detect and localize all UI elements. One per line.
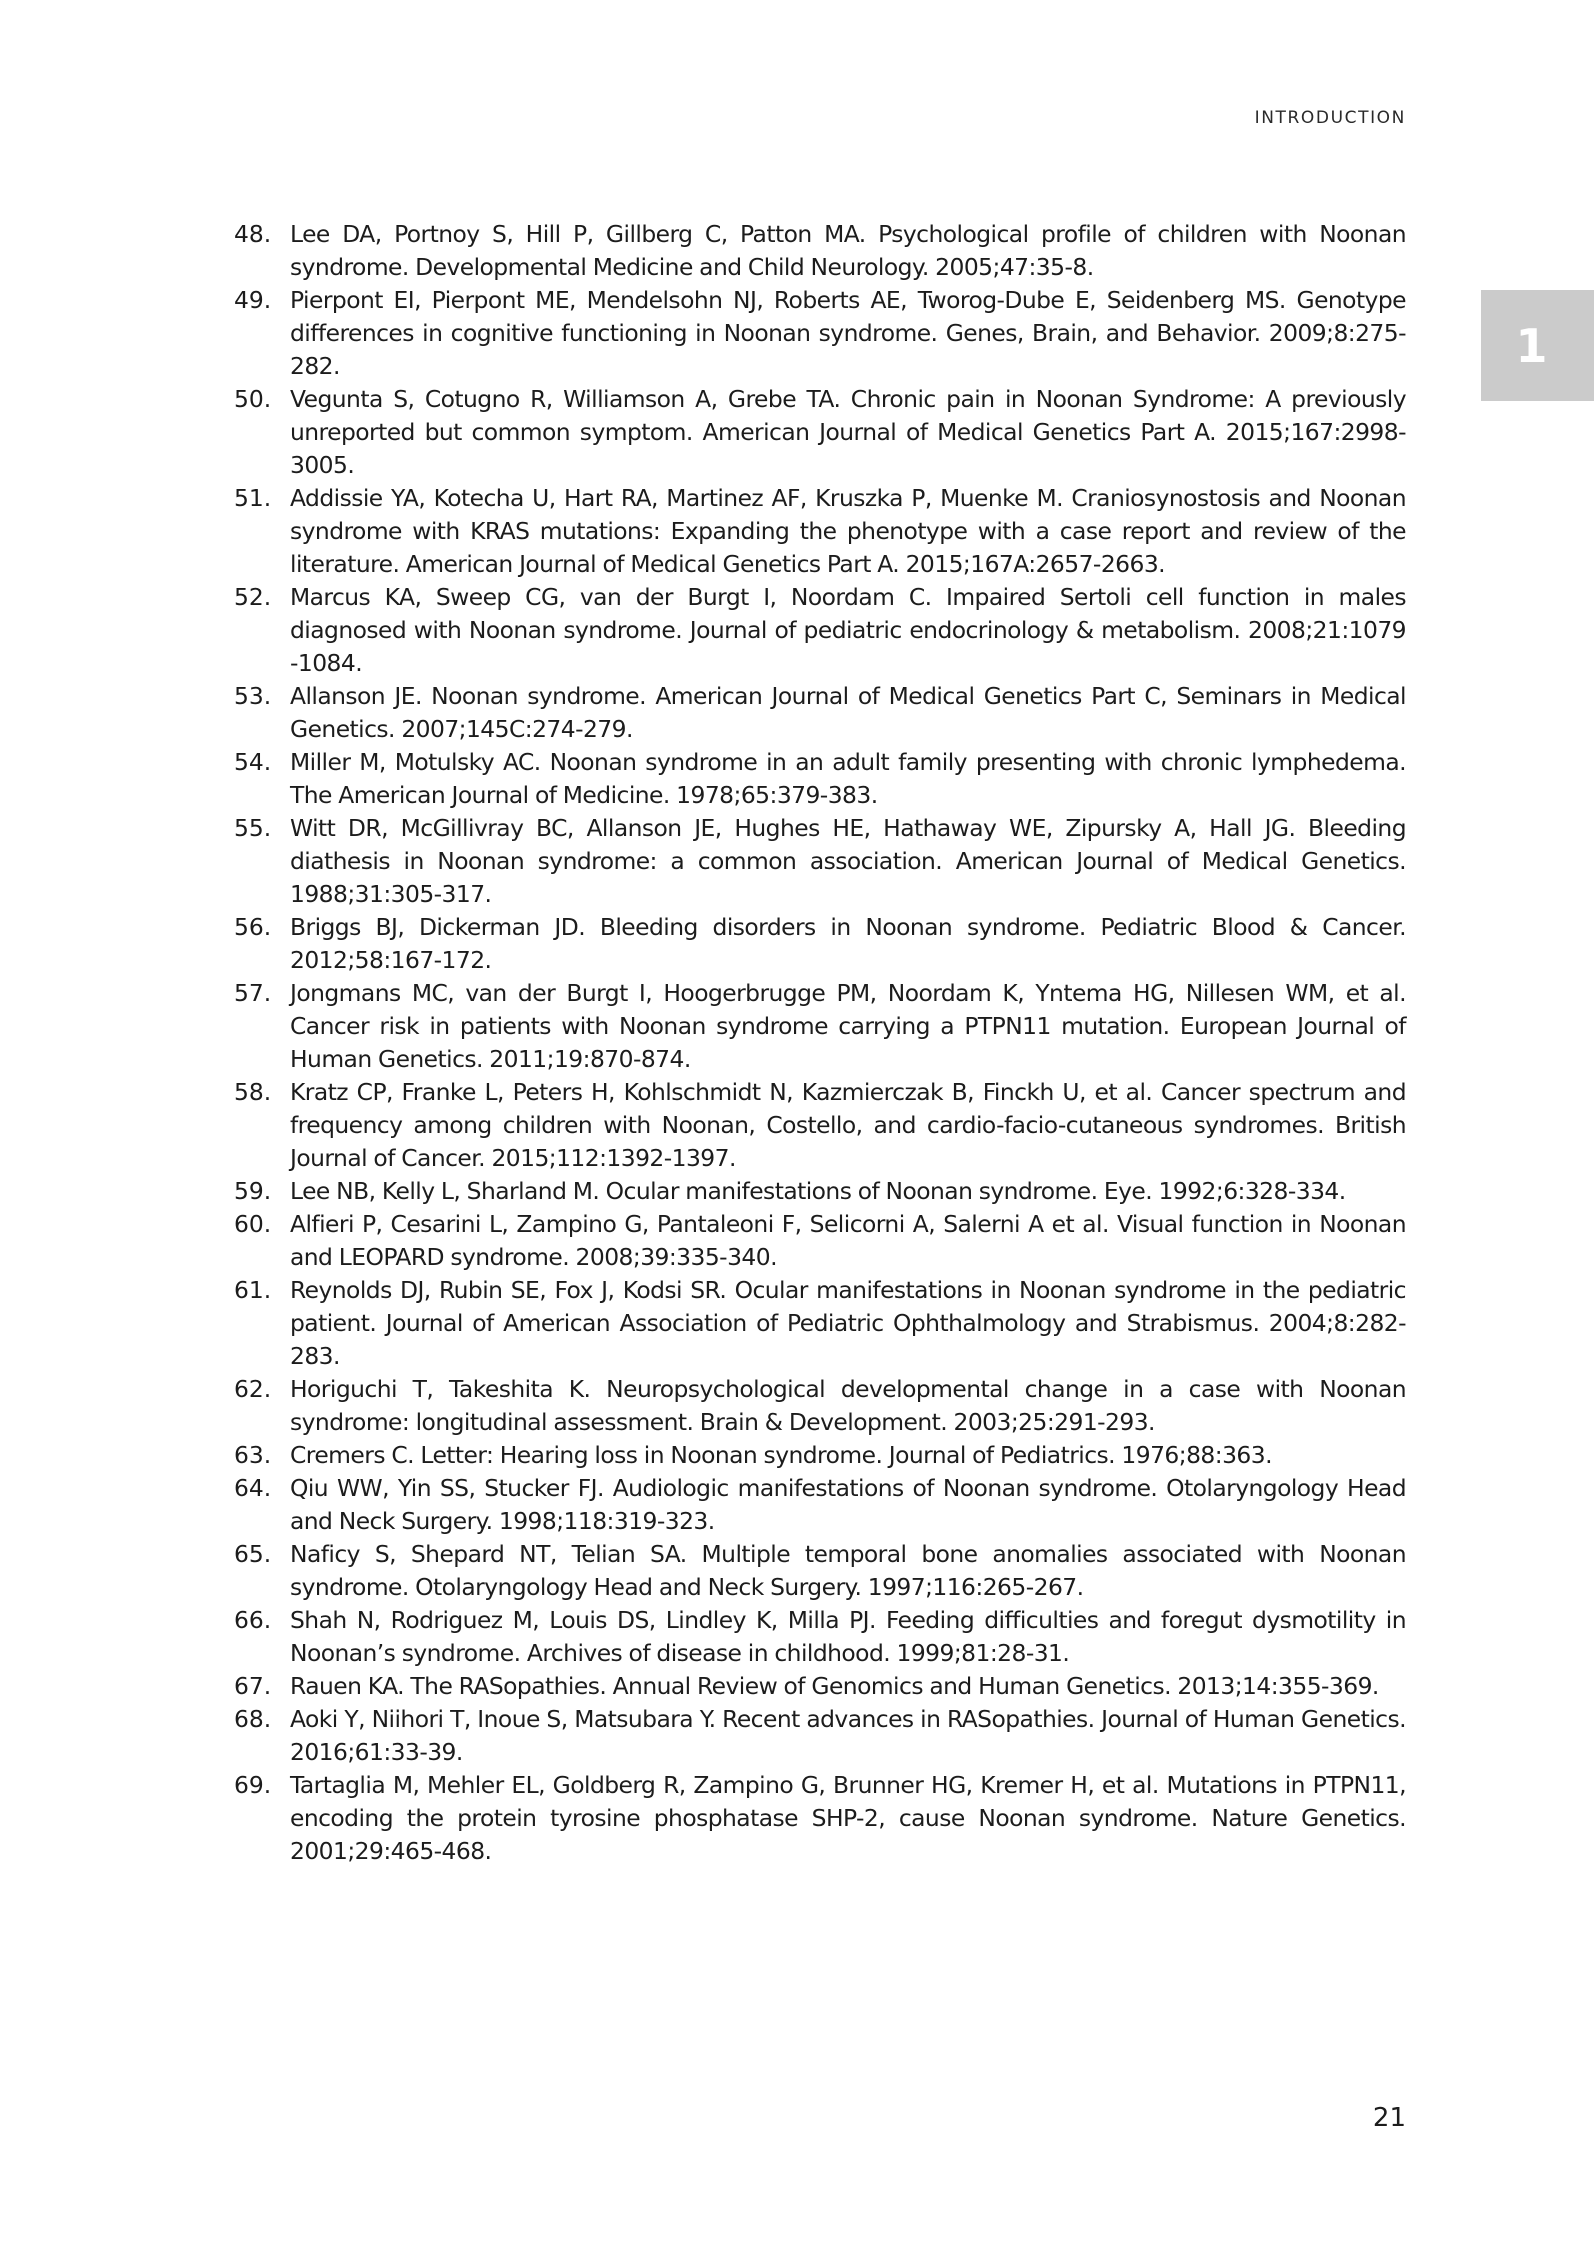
reference-text: Pierpont EI, Pierpont ME, Mendelsohn NJ,… bbox=[290, 286, 1406, 380]
reference-text: Shah N, Rodriguez M, Louis DS, Lindley K… bbox=[290, 1606, 1406, 1667]
reference-item: 64.Qiu WW, Yin SS, Stucker FJ. Audiologi… bbox=[234, 1472, 1406, 1538]
reference-text: Kratz CP, Franke L, Peters H, Kohlschmid… bbox=[290, 1078, 1406, 1172]
reference-number: 60. bbox=[234, 1208, 271, 1241]
reference-item: 62.Horiguchi T, Takeshita K. Neuropsycho… bbox=[234, 1373, 1406, 1439]
reference-text: Briggs BJ, Dickerman JD. Bleeding disord… bbox=[290, 913, 1406, 974]
reference-number: 63. bbox=[234, 1439, 271, 1472]
reference-text: Allanson JE. Noonan syndrome. American J… bbox=[290, 682, 1406, 743]
reference-item: 59.Lee NB, Kelly L, Sharland M. Ocular m… bbox=[234, 1175, 1406, 1208]
reference-text: Reynolds DJ, Rubin SE, Fox J, Kodsi SR. … bbox=[290, 1276, 1406, 1370]
reference-number: 67. bbox=[234, 1670, 271, 1703]
reference-number: 62. bbox=[234, 1373, 271, 1406]
reference-item: 67.Rauen KA. The RASopathies. Annual Rev… bbox=[234, 1670, 1406, 1703]
reference-item: 69.Tartaglia M, Mehler EL, Goldberg R, Z… bbox=[234, 1769, 1406, 1868]
reference-item: 48.Lee DA, Portnoy S, Hill P, Gillberg C… bbox=[234, 218, 1406, 284]
reference-number: 64. bbox=[234, 1472, 271, 1505]
reference-text: Horiguchi T, Takeshita K. Neuropsycholog… bbox=[290, 1375, 1406, 1436]
reference-item: 60.Alfieri P, Cesarini L, Zampino G, Pan… bbox=[234, 1208, 1406, 1274]
reference-number: 66. bbox=[234, 1604, 271, 1637]
reference-text: Lee DA, Portnoy S, Hill P, Gillberg C, P… bbox=[290, 220, 1406, 281]
reference-item: 55.Witt DR, McGillivray BC, Allanson JE,… bbox=[234, 812, 1406, 911]
reference-number: 56. bbox=[234, 911, 271, 944]
reference-number: 61. bbox=[234, 1274, 271, 1307]
reference-number: 69. bbox=[234, 1769, 271, 1802]
reference-item: 54.Miller M, Motulsky AC. Noonan syndrom… bbox=[234, 746, 1406, 812]
reference-number: 59. bbox=[234, 1175, 271, 1208]
reference-text: Vegunta S, Cotugno R, Williamson A, Greb… bbox=[290, 385, 1406, 479]
reference-text: Tartaglia M, Mehler EL, Goldberg R, Zamp… bbox=[290, 1771, 1406, 1865]
reference-number: 53. bbox=[234, 680, 271, 713]
reference-list: 48.Lee DA, Portnoy S, Hill P, Gillberg C… bbox=[234, 218, 1406, 1868]
reference-number: 54. bbox=[234, 746, 271, 779]
chapter-tab: 1 bbox=[1481, 290, 1594, 401]
reference-text: Witt DR, McGillivray BC, Allanson JE, Hu… bbox=[290, 814, 1406, 908]
reference-text: Lee NB, Kelly L, Sharland M. Ocular mani… bbox=[290, 1177, 1346, 1205]
reference-number: 68. bbox=[234, 1703, 271, 1736]
reference-item: 63.Cremers C. Letter: Hearing loss in No… bbox=[234, 1439, 1406, 1472]
reference-text: Qiu WW, Yin SS, Stucker FJ. Audiologic m… bbox=[290, 1474, 1406, 1535]
reference-text: Addissie YA, Kotecha U, Hart RA, Martine… bbox=[290, 484, 1406, 578]
reference-item: 52.Marcus KA, Sweep CG, van der Burgt I,… bbox=[234, 581, 1406, 680]
reference-text: Cremers C. Letter: Hearing loss in Noona… bbox=[290, 1441, 1272, 1469]
reference-text: Marcus KA, Sweep CG, van der Burgt I, No… bbox=[290, 583, 1406, 677]
reference-text: Rauen KA. The RASopathies. Annual Review… bbox=[290, 1672, 1379, 1700]
reference-text: Naficy S, Shepard NT, Telian SA. Multipl… bbox=[290, 1540, 1406, 1601]
reference-number: 52. bbox=[234, 581, 271, 614]
reference-number: 50. bbox=[234, 383, 271, 416]
reference-text: Jongmans MC, van der Burgt I, Hoogerbrug… bbox=[290, 979, 1406, 1073]
reference-number: 58. bbox=[234, 1076, 271, 1109]
reference-item: 51.Addissie YA, Kotecha U, Hart RA, Mart… bbox=[234, 482, 1406, 581]
reference-number: 48. bbox=[234, 218, 271, 251]
reference-text: Miller M, Motulsky AC. Noonan syndrome i… bbox=[290, 748, 1406, 809]
reference-text: Alfieri P, Cesarini L, Zampino G, Pantal… bbox=[290, 1210, 1406, 1271]
reference-item: 50.Vegunta S, Cotugno R, Williamson A, G… bbox=[234, 383, 1406, 482]
reference-item: 53.Allanson JE. Noonan syndrome. America… bbox=[234, 680, 1406, 746]
reference-number: 51. bbox=[234, 482, 271, 515]
reference-number: 65. bbox=[234, 1538, 271, 1571]
reference-number: 57. bbox=[234, 977, 271, 1010]
reference-item: 65.Naficy S, Shepard NT, Telian SA. Mult… bbox=[234, 1538, 1406, 1604]
reference-item: 68.Aoki Y, Niihori T, Inoue S, Matsubara… bbox=[234, 1703, 1406, 1769]
reference-item: 66.Shah N, Rodriguez M, Louis DS, Lindle… bbox=[234, 1604, 1406, 1670]
chapter-tab-label: 1 bbox=[1515, 319, 1547, 373]
running-header: INTRODUCTION bbox=[1255, 106, 1406, 130]
reference-item: 58.Kratz CP, Franke L, Peters H, Kohlsch… bbox=[234, 1076, 1406, 1175]
reference-item: 49.Pierpont EI, Pierpont ME, Mendelsohn … bbox=[234, 284, 1406, 383]
reference-item: 56.Briggs BJ, Dickerman JD. Bleeding dis… bbox=[234, 911, 1406, 977]
reference-item: 57.Jongmans MC, van der Burgt I, Hoogerb… bbox=[234, 977, 1406, 1076]
reference-text: Aoki Y, Niihori T, Inoue S, Matsubara Y.… bbox=[290, 1705, 1406, 1766]
reference-number: 55. bbox=[234, 812, 271, 845]
reference-item: 61.Reynolds DJ, Rubin SE, Fox J, Kodsi S… bbox=[234, 1274, 1406, 1373]
page-number: 21 bbox=[1373, 2101, 1406, 2135]
reference-number: 49. bbox=[234, 284, 271, 317]
